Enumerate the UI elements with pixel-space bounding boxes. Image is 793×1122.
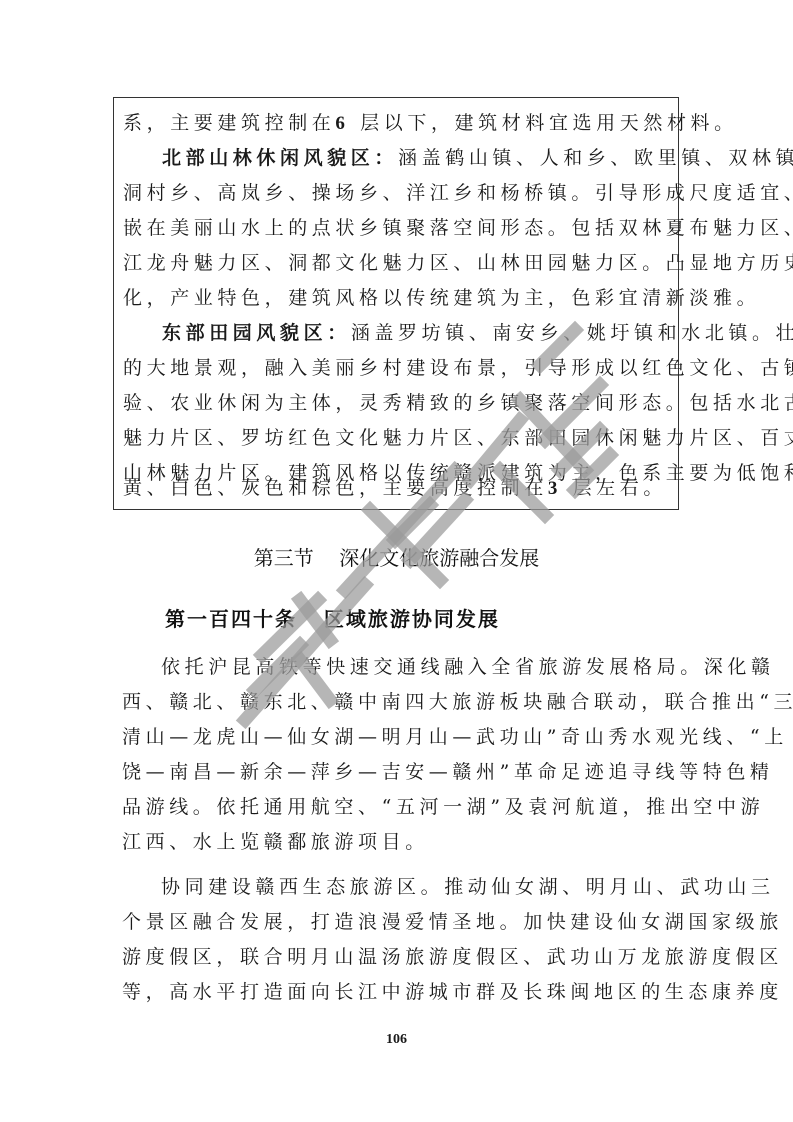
box-line: 系，主要建筑控制在6 层以下，建筑材料宜选用天然材料。 [123, 111, 738, 136]
region-label: 东部田园风貌区： [162, 322, 351, 344]
body-line: 江西、水上览赣鄱旅游项目。 [122, 830, 429, 854]
body-line: 西、赣北、赣东北、赣中南四大旅游板块融合联动，联合推出“三 [122, 690, 793, 714]
box-line: 江龙舟魅力区、洞都文化魅力区、山林田园魅力区。凸显地方历史文 [123, 251, 793, 275]
body-line: 依托沪昆高铁等快速交通线融入全省旅游发展格局。深化赣 [161, 655, 775, 679]
body-line: 个景区融合发展，打造浪漫爱情圣地。加快建设仙女湖国家级旅 [122, 910, 783, 934]
body-line: 清山—龙虎山—仙女湖—明月山—武功山”奇山秀水观光线、“上 [122, 725, 788, 749]
box-line: 的大地景观，融入美丽乡村建设布景，引导形成以红色文化、古镇体 [123, 356, 793, 380]
region-label: 北部山林休闲风貌区： [162, 147, 398, 169]
box-line: 东部田园风貌区：涵盖罗坊镇、南安乡、姚圩镇和水北镇。壮观 [162, 321, 793, 345]
section-title: 第三节 深化文化旅游融合发展 [0, 542, 793, 571]
body-line: 等，高水平打造面向长江中游城市群及长珠闽地区的生态康养度 [122, 980, 783, 1004]
box-line: 嵌在美丽山水上的点状乡镇聚落空间形态。包括双林夏布魅力区、洋 [123, 216, 793, 240]
box-line: 洞村乡、高岚乡、操场乡、洋江乡和杨桥镇。引导形成尺度适宜、镶 [123, 181, 793, 205]
body-line: 游度假区，联合明月山温汤旅游度假区、武功山万龙旅游度假区 [122, 945, 783, 969]
body-line: 协同建设赣西生态旅游区。推动仙女湖、明月山、武功山三 [161, 875, 775, 899]
highlight-box: 系，主要建筑控制在6 层以下，建筑材料宜选用天然材料。 北部山林休闲风貌区：涵盖… [113, 97, 679, 510]
box-line: 黄、白色、灰色和棕色，主要高度控制在3 层左右。 [123, 476, 667, 501]
body-line: 品游线。依托通用航空、“五河一湖”及袁河航道，推出空中游 [122, 795, 764, 819]
box-line: 北部山林休闲风貌区：涵盖鹤山镇、人和乡、欧里镇、双林镇、 [162, 146, 793, 170]
box-line: 验、农业休闲为主体，灵秀精致的乡镇聚落空间形态。包括水北古色 [123, 391, 793, 415]
box-line: 化，产业特色，建筑风格以传统建筑为主，色彩宜清新淡雅。 [123, 286, 760, 310]
article-title: 第一百四十条 区域旅游协同发展 [165, 603, 500, 632]
page-number: 106 [0, 1032, 793, 1048]
body-line: 饶—南昌—新余—萍乡—吉安—赣州”革命足迹追寻线等特色精 [122, 760, 774, 784]
box-line: 魅力片区、罗坊红色文化魅力片区、东部田园休闲魅力片区、百丈峰 [123, 426, 793, 450]
